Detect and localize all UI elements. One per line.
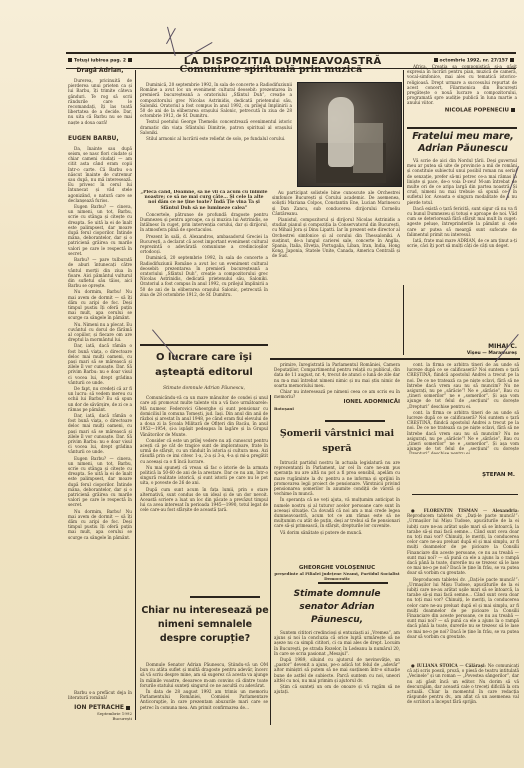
article-brother-body: Vă scrie de aici din Nordul țării. Deși … — [407, 158, 517, 286]
article-title-unemployed: Șomerii vârstnici mai speră — [274, 426, 400, 456]
article-title-brother: Fratelui meu mare, Adrian Păunescu — [407, 131, 519, 155]
paragraph: Nu mai spuneți că vreau să fac o istorie… — [140, 465, 268, 486]
right-column-lead: cont. la firma ce arbitra tineri de au u… — [407, 362, 519, 454]
column-divider — [403, 70, 404, 200]
square-bullet-icon — [434, 58, 438, 62]
signature: NICOLAE POPENECIU — [407, 108, 517, 114]
paragraph: În speranța că ne veți ajuta, vă mulțumi… — [274, 497, 400, 528]
letter-barbu-end: Barbu s-a prefăcut deja în literatură ro… — [68, 690, 132, 721]
article-music-intro: Duminică, 20 septembrie 1992, în sala de… — [140, 82, 292, 180]
header-left-text: Totuși iubirea pag. 2 — [74, 59, 126, 64]
column-divider — [403, 285, 404, 355]
letter-intro: Durerea, pricinuită de pierderea unui pr… — [68, 78, 132, 125]
paragraph: Dar, iată, dacă rămân o fost bună viața,… — [68, 413, 132, 455]
signature-place: Botoșani — [274, 406, 400, 411]
signature: ION PETRACHE — [68, 705, 132, 710]
article-music-col1: „Plecă când, Doamne, să ne vii ca acum c… — [140, 190, 268, 340]
paragraph: Eugen Barbu? — cineva, un nimeni, un tot… — [68, 204, 132, 256]
paragraph: Nu dormim, Barbu! Nu mai avem de dormit … — [68, 289, 132, 320]
reply-text: Ne comunicați că ați scris poezii, proză… — [407, 663, 519, 704]
paragraph: În data de 28 august 1992 am trimis un m… — [140, 689, 268, 710]
signature-place: București — [68, 716, 132, 721]
photo-conductor — [328, 97, 354, 167]
paragraph: Vă scrie de aici din Nordul țării. Deși … — [407, 158, 517, 205]
section-rule — [190, 596, 260, 598]
paragraph: Reproducem tabletei dv. „Dați-le pacte m… — [407, 577, 519, 639]
letter-barbu: Dragă Adrian, Durerea, pricinuită de pie… — [68, 66, 132, 541]
paragraph: Prezent în sală, d. Alexandros, ambasado… — [140, 234, 268, 255]
square-bullet-icon — [510, 58, 514, 62]
article-music-col2: Au participat solistele bine cunoscute a… — [272, 190, 400, 340]
paragraph: Întrucât partidul nostru în actuala legi… — [274, 460, 400, 496]
square-bullet-icon — [128, 58, 132, 62]
photo-podium — [353, 123, 383, 173]
section-rule — [325, 420, 385, 422]
paragraph: Duminică, 20 septembrie 1992, în sala de… — [140, 255, 268, 297]
paragraph: Dar, iată, dacă rămân o fost bună viața,… — [68, 343, 132, 385]
article-title-music: Comuniune spirituală prin muzică — [140, 64, 402, 75]
issue-date: octombrie 1992, nr. 27/157 — [440, 59, 508, 64]
section-rule — [140, 344, 268, 346]
signature-name: NICOLAE POPENECIU — [445, 107, 509, 113]
signature: MIHAI C. — [407, 343, 517, 350]
article-corruption-body: Domnule Senator Adrian Păunescu, Știindu… — [140, 662, 268, 728]
article-work-paragraphs: Comunicându-vă ca un mare mânuitor de co… — [140, 395, 268, 583]
article-unemployed-sign: GHEORGHE VOLOȘENIUC președinte al Filial… — [274, 566, 400, 582]
article-title-senator: Stimate domnule senator Adrian Păunescu, — [274, 588, 400, 627]
paragraph: Barbu? — pare tulburată de aburi întunec… — [68, 257, 132, 288]
header-left: Totuși iubirea pag. 2 — [66, 58, 134, 64]
paragraph: Vă dorim sănătate și putere de muncă. — [274, 530, 400, 535]
paragraph: Iată, frate mai mare ADRIAN, de ce am ți… — [407, 238, 517, 248]
article-unemployed-body: Întrucât partidul nostru în actuala legi… — [274, 460, 400, 568]
article-title-corruption: Chiar nu interesează pe nimeni semnalele… — [140, 604, 270, 646]
paragraph: Africa. Creația sa componistică și-a găs… — [407, 64, 517, 106]
section-rule — [407, 127, 517, 129]
concert-photo — [297, 82, 402, 187]
letter-subtitle: EUGEN BARBU, — [68, 135, 132, 143]
square-bullet-icon — [68, 58, 72, 62]
paragraph: De fapt, nu credeți că ar fi un lucru: s… — [68, 386, 132, 412]
paragraph: Nu. Nimeni nu a plecat. Eu cuvântul cu d… — [68, 322, 132, 343]
paragraph: primire, înregistrată la Parlamentul Rom… — [274, 362, 400, 388]
paragraph: Chiar nu interesează pe nimeni ceea ce a… — [274, 389, 400, 399]
paragraph: Duminică, 20 septembrie 1992, în sala de… — [140, 82, 292, 118]
paragraph: Știm că sunteți un om de onoare și vă ru… — [274, 684, 400, 694]
paragraph: După cum sunt acum în fața lumii, prin o… — [140, 487, 268, 513]
paragraph: După 1989, siluind cu ajutorul de nevino… — [274, 657, 400, 683]
newspaper-page: Totuși iubirea pag. 2 LA DISPOZIȚIA DUMN… — [0, 0, 524, 768]
signature-role: președinte al Filialei județene Neamț, P… — [274, 571, 400, 581]
square-bullet-icon — [126, 706, 130, 710]
reply-iuliana: ● IULIANA STOICA — Călărași: Ne comunica… — [407, 663, 519, 729]
paragraph: Nu dormim, Barbu! Nu mai avem de dormit … — [68, 509, 132, 540]
paragraph: Dacă există o țară fericită, sunt sigur … — [407, 206, 517, 237]
column-divider — [135, 70, 136, 720]
paragraph: Textul poetului George Themelis concentr… — [140, 119, 292, 135]
paragraph: Suntem cititori credincioși și entuziașt… — [274, 630, 400, 656]
paragraph: Domnule Senator Adrian Păunescu, Știindu… — [140, 662, 268, 688]
paragraph: Eugen Barbu? — cineva, un nimeni, un tot… — [68, 456, 132, 508]
section-rule — [318, 582, 388, 584]
quote: „Plecă când, Doamne, să ne vii ca acum c… — [140, 190, 268, 211]
paragraph: Consider că este un prilej vedere nu ați… — [140, 438, 268, 464]
section-rule — [412, 494, 518, 495]
salutation: Stimate domnule Adrian Păunescu, — [140, 386, 268, 391]
paragraph: Au participat solistele bine cunoscute a… — [272, 190, 400, 216]
paragraph: Pianistul, compozitorul și dirijorul Nic… — [272, 217, 400, 259]
header-right: octombrie 1992, nr. 27/157 — [432, 58, 516, 64]
square-bullet-icon — [511, 108, 515, 112]
article-work-col2: primire, înregistrată la Parlamentul Rom… — [274, 362, 400, 411]
paragraph: Comunicându-vă ca un mare mânuitor de co… — [140, 395, 268, 437]
paragraph: cont. la firma ce arbitra tineri de au u… — [407, 410, 519, 454]
paragraph: Stilul armonic al lucrării este reliefat… — [140, 136, 292, 141]
article-senator-body: Suntem cititori credincioși și entuziașt… — [274, 630, 400, 730]
paragraph: Barbu s-a prefăcut deja în literatură ro… — [68, 690, 132, 700]
article-title-work: O lucrare care își așteaptă editorul — [140, 350, 268, 380]
signature: ȘTEFAN M. — [407, 472, 515, 478]
paragraph: cont. la firma ce arbitra tineri de au u… — [407, 362, 519, 409]
article-music-col3: Africa. Creația sa componistică și-a găs… — [407, 64, 517, 113]
paragraph: Concertele, pătrunse de profundă dragost… — [140, 212, 268, 233]
paragraph: Da, înainte sau după seism, se nasc flor… — [68, 146, 132, 203]
reply-text: Reproducem tabletei dv. „Dați-le pacte m… — [407, 513, 519, 575]
section-rule — [270, 358, 520, 360]
reply-florentin: ● FLORENTIN TISMAN — Alexandria: Reprodu… — [407, 508, 519, 656]
column-divider — [270, 395, 271, 725]
article-work-body: Stimate domnule Adrian Păunescu, Comunic… — [140, 386, 268, 583]
letter-title: Dragă Adrian, — [68, 66, 132, 75]
